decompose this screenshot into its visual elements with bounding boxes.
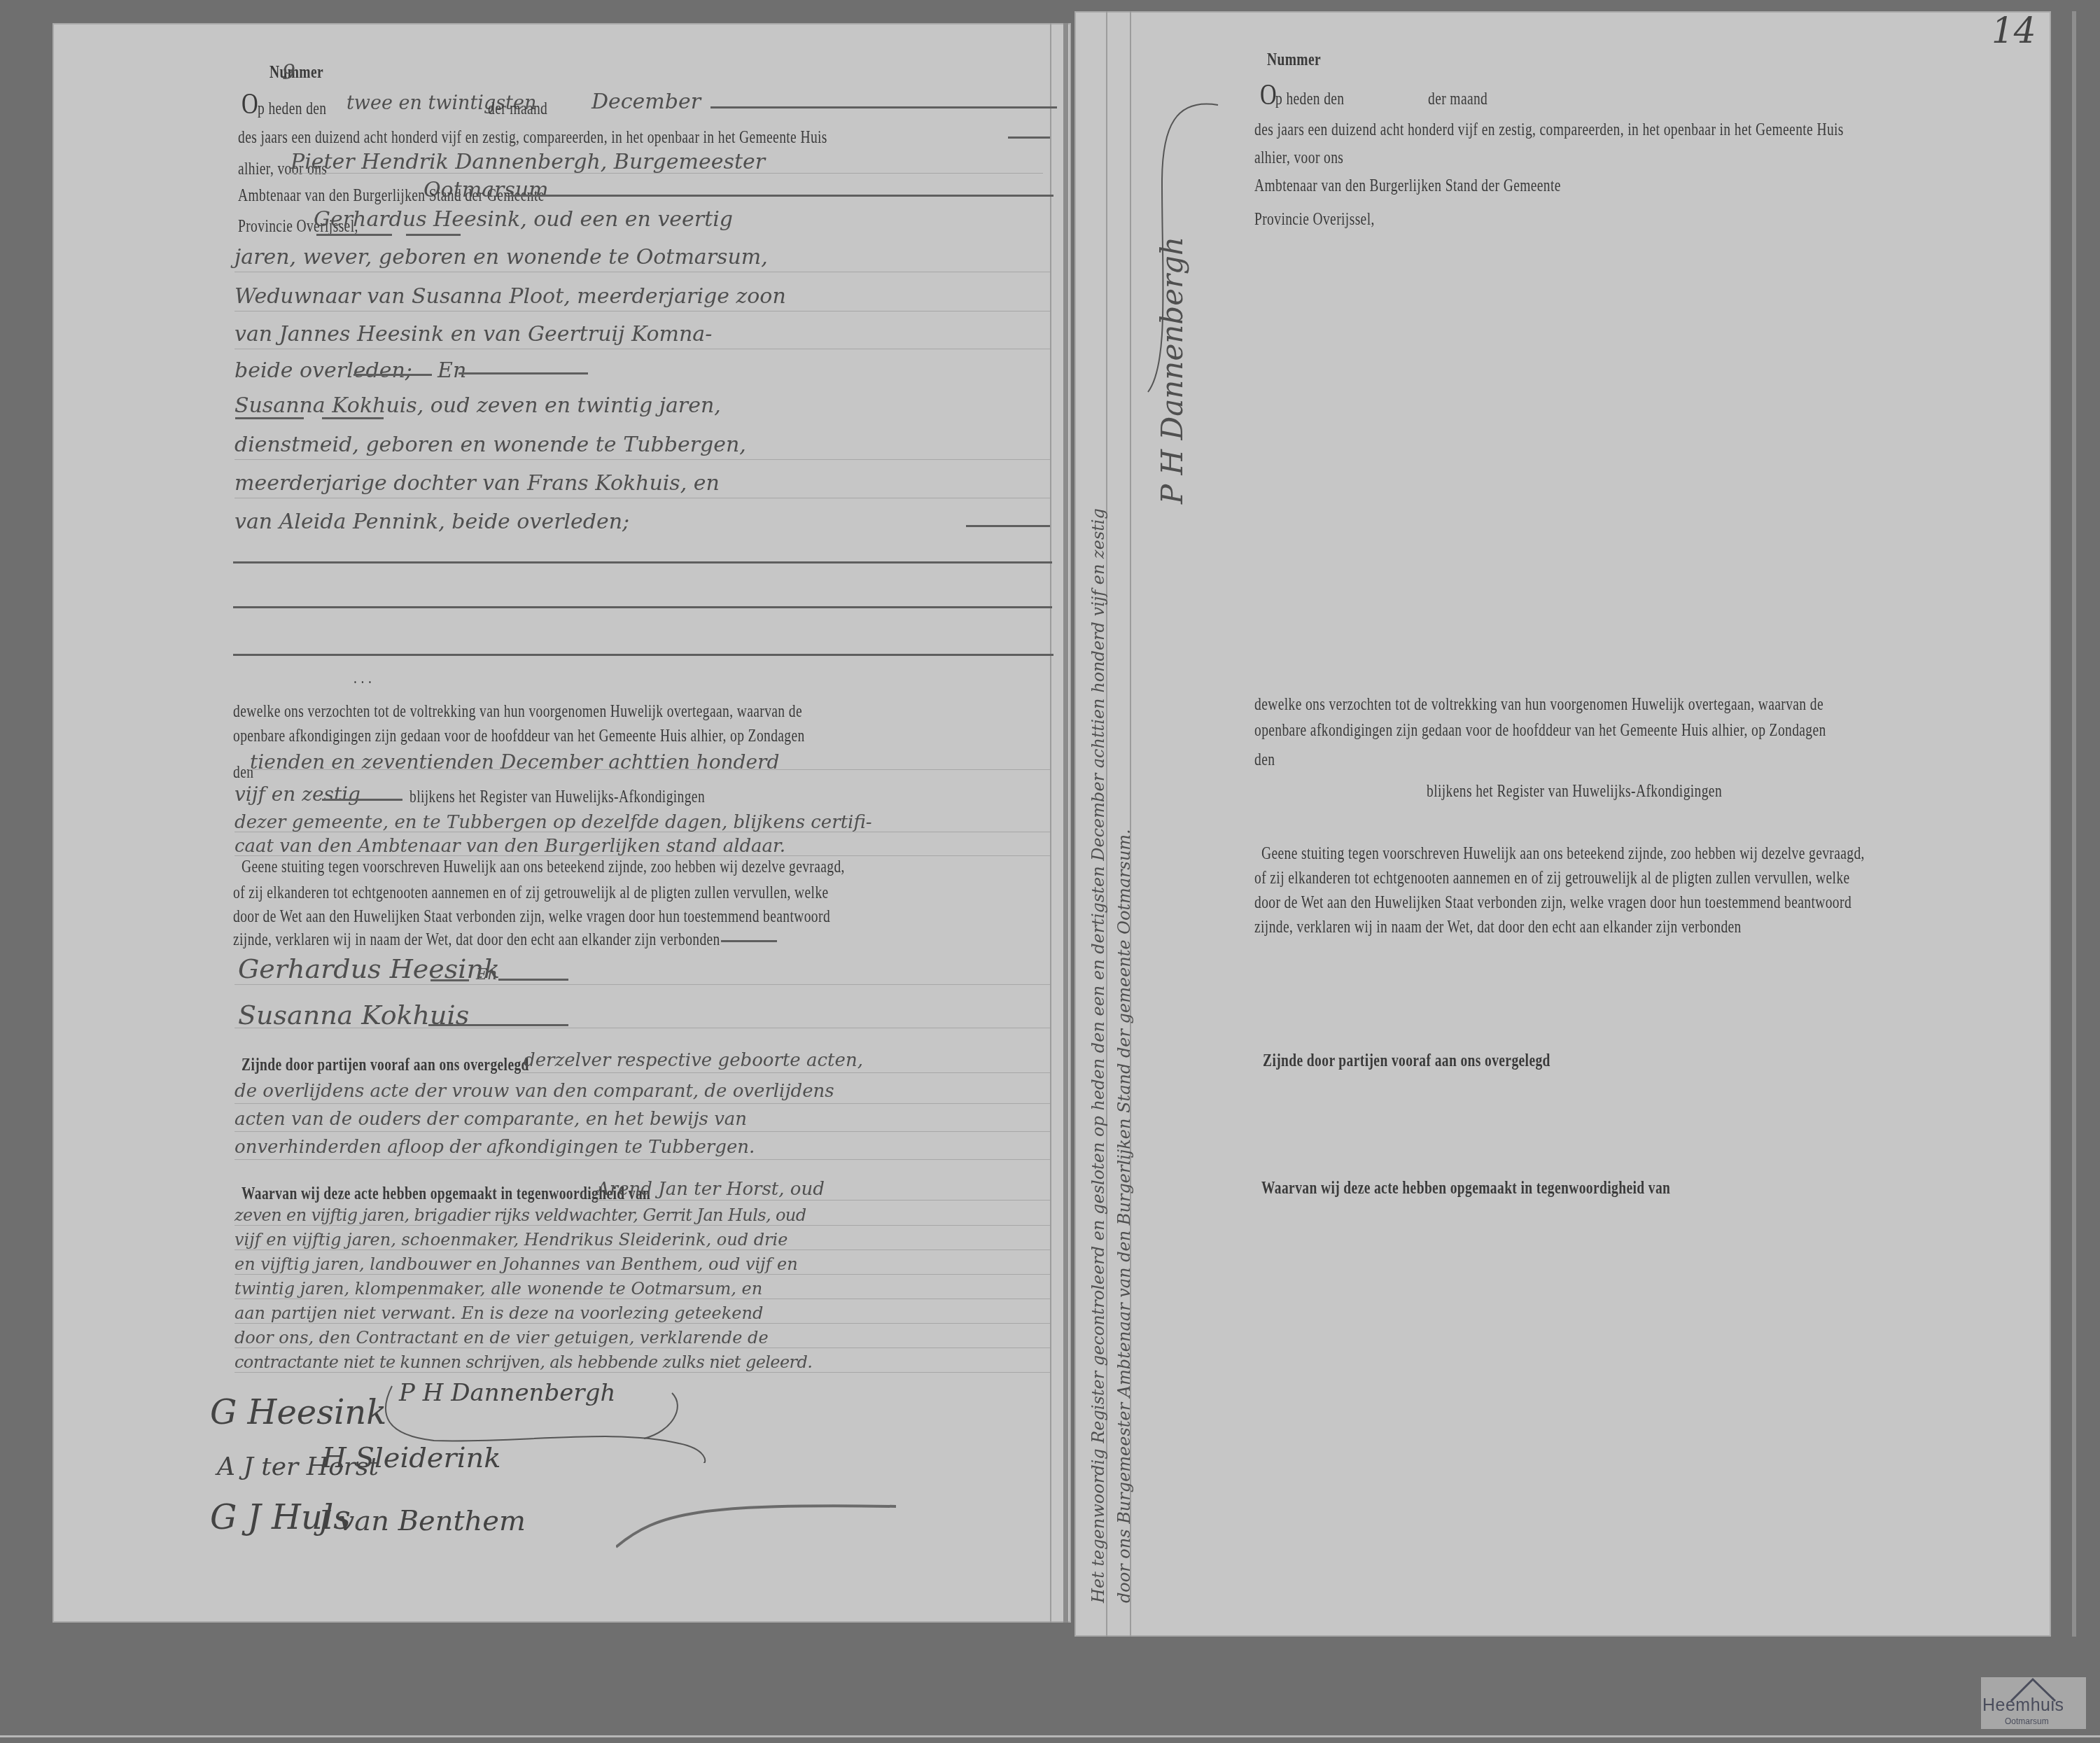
right-line-1-O: O (1260, 78, 1277, 112)
dots: . . . (353, 668, 372, 688)
margin-note-line-2: door ons Burgemeester Ambtenaar van den … (1114, 829, 1134, 1603)
groom-name-line: Gerhardus Heesink, oud een en veertig (314, 207, 733, 232)
right-line-1-mid: der maand (1428, 90, 1487, 109)
margin-note-line-1: Het tegenwoordig Register gecontroleerd … (1088, 508, 1108, 1603)
margin-flourish (1134, 98, 1232, 406)
right-banns-2: openbare afkondigingen zijn gedaan voor … (1254, 721, 1826, 741)
logo-sub: Ootmarsum (2005, 1716, 2049, 1726)
right-witness-prefix: Waarvan wij deze acte hebben opgemaakt i… (1261, 1179, 1670, 1198)
right-banns-den: den (1254, 750, 1275, 770)
marriage-month: December (591, 90, 701, 114)
left-banns-2: openbare afkondigingen zijn gedaan voor … (233, 727, 805, 746)
signature-witness-4: J van Benthem (318, 1505, 526, 1537)
book-gutter (1063, 23, 1068, 1623)
banns-hand-1: dezer gemeente, en te Tubbergen op dezel… (234, 812, 872, 833)
right-line-5: Provincie Overijssel, (1254, 210, 1375, 230)
nummer-value: 9 (282, 60, 295, 85)
left-banns-1: dewelke ons verzochten tot de voltrekkin… (233, 702, 802, 722)
blank-rule-3 (233, 654, 1053, 656)
blank-rule-2 (233, 606, 1052, 608)
banns-dates-2: vijf en zestig (234, 783, 360, 806)
right-line-1: p heden den (1275, 90, 1345, 109)
left-line-2: des jaars een duizend acht honderd vijf … (238, 128, 827, 148)
right-line-2: des jaars een duizend acht honderd vijf … (1254, 120, 1844, 140)
right-docs-prefix: Zijnde door partijen vooraf aan ons over… (1263, 1051, 1550, 1071)
signature-witness-3: H Sleiderink (322, 1442, 500, 1474)
scanner-edge-line (0, 1735, 2100, 1737)
right-banns-1: dewelke ons verzochten tot de voltrekkin… (1254, 695, 1823, 715)
right-nummer-label: Nummer (1267, 50, 1321, 70)
banns-hand-2: caat van den Ambtenaar van den Burgerlij… (234, 836, 785, 857)
left-banns-register: blijkens het Register van Huwelijks-Afko… (409, 787, 705, 807)
folio-number: 14 (1991, 10, 2036, 51)
left-page-margin-rule (1050, 23, 1051, 1623)
logo-name: Heemhuis (1982, 1695, 2064, 1716)
heemhuis-logo: Heemhuis Ootmarsum (1981, 1677, 2086, 1729)
nummer-label: Nummer (269, 63, 323, 83)
banns-dates: tienden en zeventienden December achttie… (250, 750, 779, 773)
right-line-3: alhier, voor ons (1254, 148, 1343, 168)
signature-groom: G Heesink (210, 1393, 386, 1432)
right-banns-register: blijkens het Register van Huwelijks-Afko… (1427, 782, 1722, 801)
blank-rule-1 (233, 561, 1052, 563)
gemeente-name: Ootmarsum (423, 178, 549, 202)
signature-underline (616, 1498, 910, 1561)
right-line-4: Ambtenaar van den Burgerlijken Stand der… (1254, 176, 1561, 196)
couple-en: En (476, 966, 497, 983)
right-page-edge-rule (2072, 11, 2076, 1637)
official-name: Pieter Hendrik Dannenbergh, Burgemeester (290, 150, 765, 174)
